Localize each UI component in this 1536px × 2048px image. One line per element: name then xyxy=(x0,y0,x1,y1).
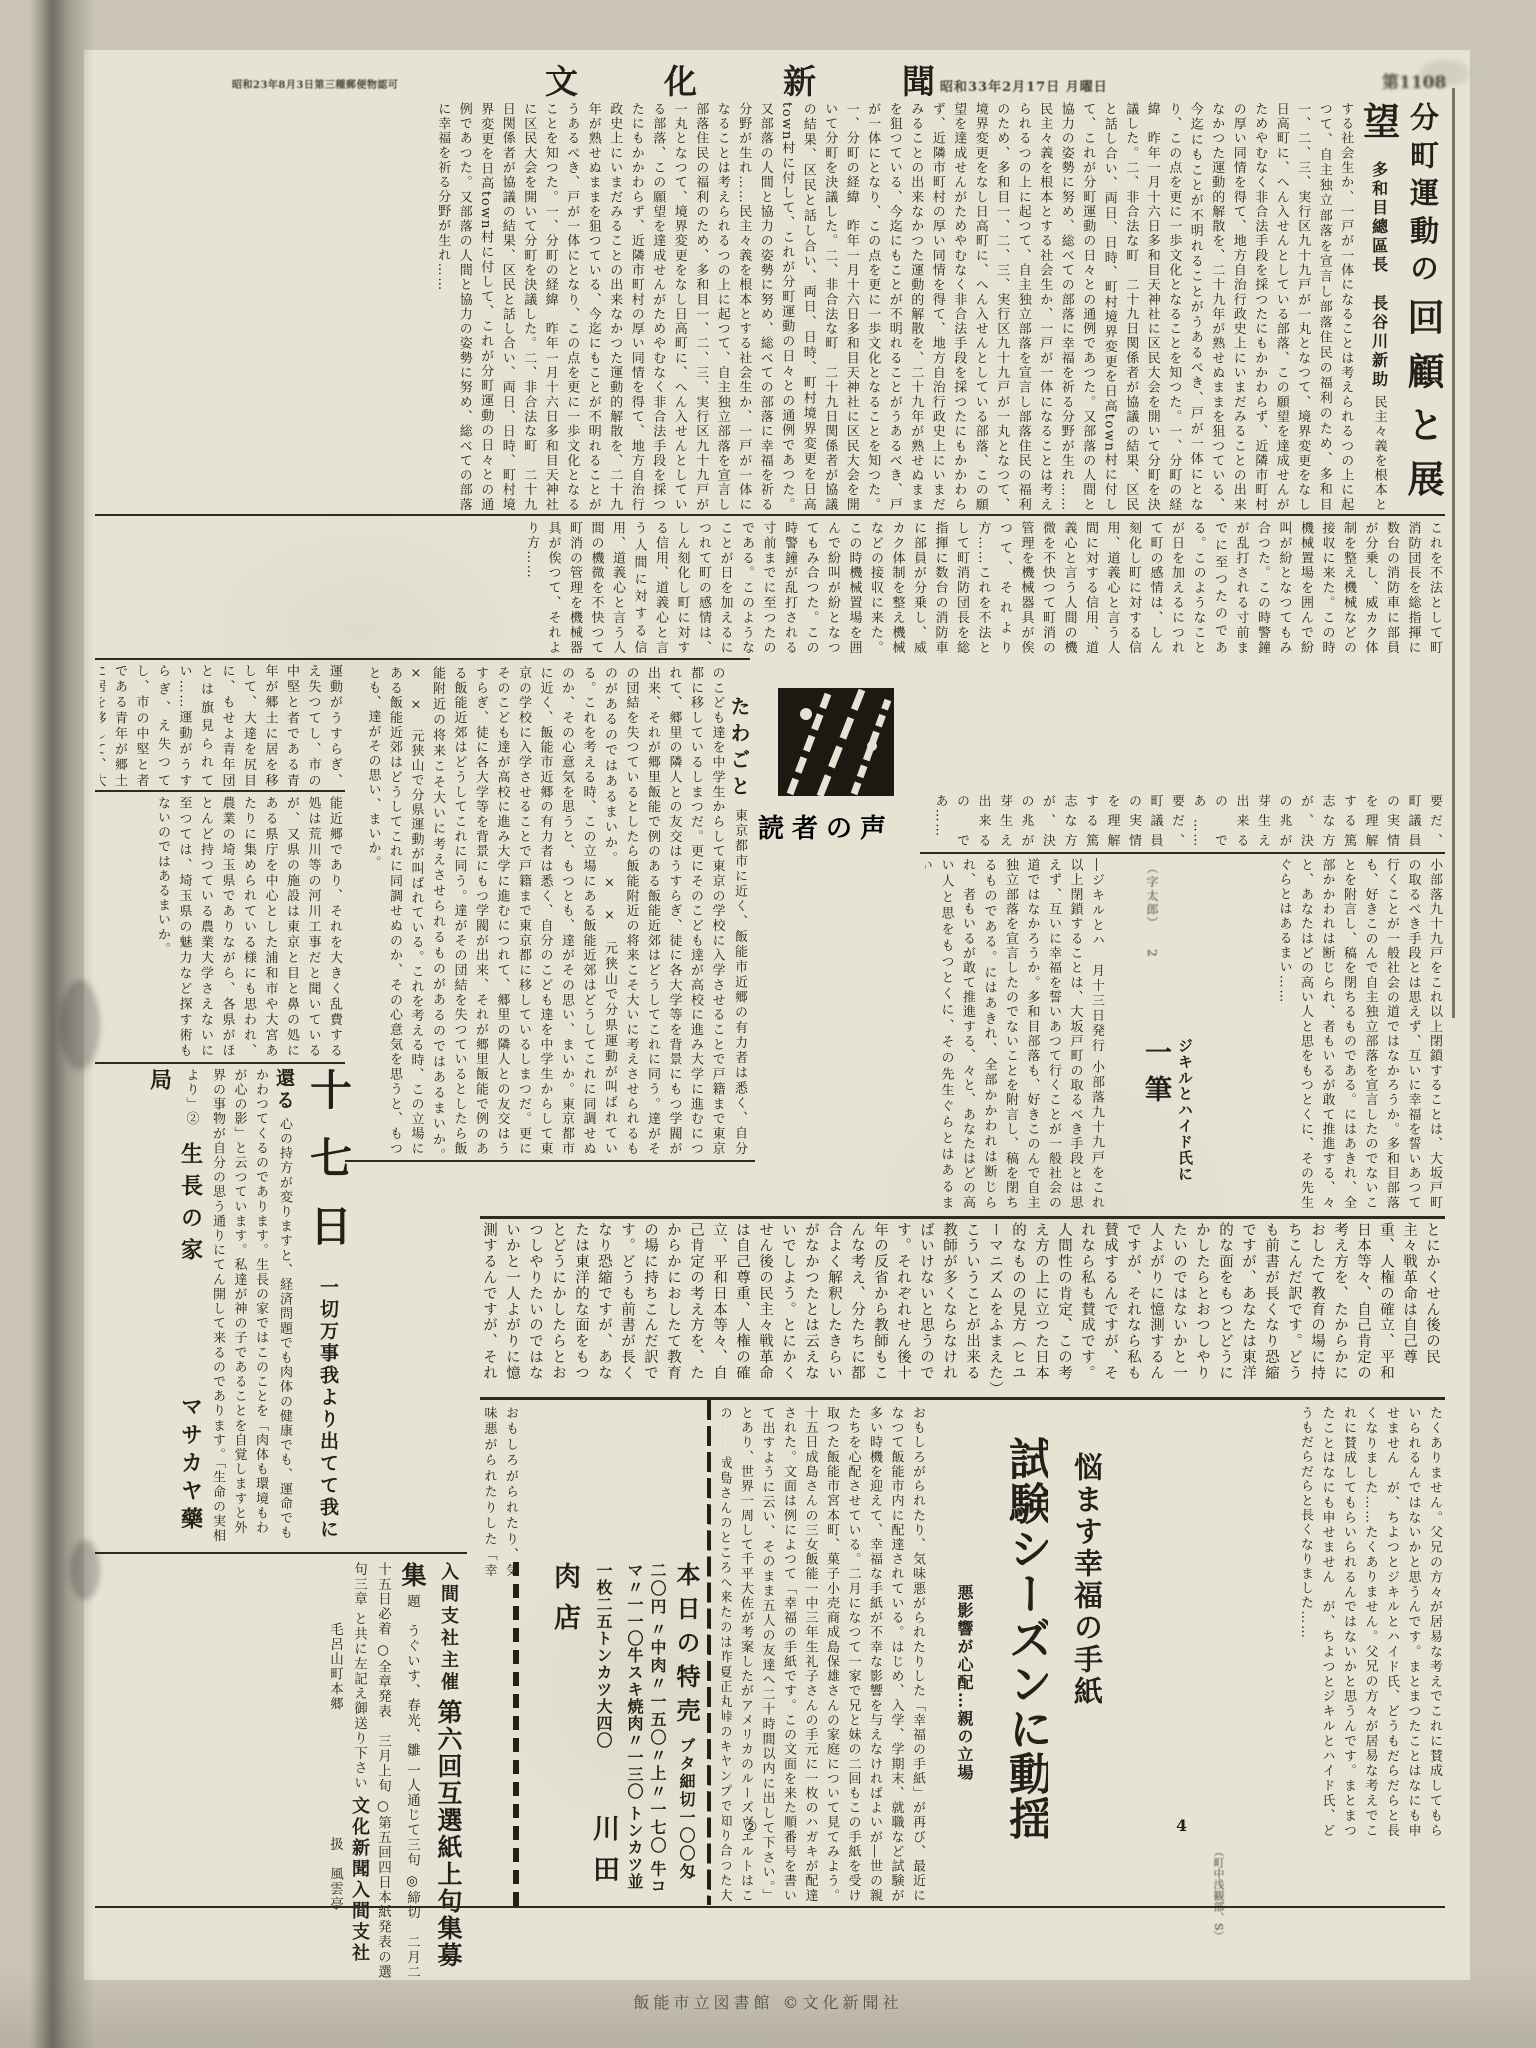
tawagoto-body: 東京都市に近く、飯能市近郷の有力者は悉く、自分のこども達を中学生からして東京の学… xyxy=(366,666,748,1156)
scan-smudge xyxy=(60,980,100,1070)
rule-band2-bottom-left xyxy=(95,658,750,660)
qa-body: とにかくせん後の民主々戦革命は自己尊重、人権の確立、平和日本等々、自己肯定の考え… xyxy=(482,1222,1440,1390)
ad-seicho-no-ie[interactable]: 十七日 一切万事我より出てて我に還る 心の持方が変りますと、経済問題でも肉体の健… xyxy=(106,1068,358,1546)
jekyll-credit: （字太郎） 2 xyxy=(1118,862,1162,1032)
jekyll-heading: ジキルとハイド氏に 一筆 xyxy=(1112,1038,1196,1190)
tawagoto-title: たわごと xyxy=(727,696,750,802)
credit-name: （字太郎） xyxy=(1145,862,1159,930)
jekyll-top-strip-body: 要だ、町議員の実情を理解する篤志な方が、決の兆が芽生え出来るのであ……要だ、町議… xyxy=(933,794,1443,848)
footer-credit: 飯能市立図書館 ©文化新聞社 xyxy=(0,1990,1536,2013)
rule-tawagoto-bottom xyxy=(345,1160,755,1162)
jekyll-body-right: 小部落九十九戸をこれ以上閉鎖することは、大坂戸町の取るべき手段とは思えず、互いに… xyxy=(1277,858,1443,1210)
side-note: （町中浅観部、S） xyxy=(1202,1846,1226,1976)
happiness-lead-frag: おもしろがられたり、気味悪がられたりした「幸福の手紙」が再び、最近になつて飯能市… xyxy=(477,1406,518,1578)
issue-date: 昭和33年2月17日 月曜日 xyxy=(940,76,1230,98)
rule-ad2-top xyxy=(95,1552,467,1554)
butcher-ad-border-right xyxy=(707,1400,711,1905)
readers-voice-logo: 読者の声 xyxy=(758,686,916,852)
ad-haiku-contest[interactable]: 入間支社主催 第六回互選紙上句集募集 題 うぐいす、春光、雛 一人通じて三句 ◎… xyxy=(106,1562,466,1992)
ad-seicho-day: 十七日 xyxy=(304,1068,353,1272)
jekyll-article-left: ―ジキルとハ 月十三日発行 小部落九十九戸をこれ以上閉鎖することは、大坂戸町の取… xyxy=(925,858,1107,1210)
happiness-body2: 成島さんのところへ来たのは昨夏正丸峠のキヤンプで知り合つた大宮の一女学生から来た… xyxy=(722,1406,732,1903)
jekyll-date-note: ―ジキルとハ 月十三日発行 xyxy=(1089,858,1104,1054)
ad-haiku-note2: と共に左記え御送り下さい xyxy=(351,1612,367,1791)
happiness-subhead: 悪影響が心配…親の立場 xyxy=(944,1584,976,1824)
article-bunch-undo: 分町運動の 回顧と展望 多和目總區長 長谷川新助 民主々義を根本とする社会生か、… xyxy=(100,102,1445,512)
ad-haiku-theme: 題 うぐいす、春光、雛 xyxy=(404,1594,420,1758)
jekyll-heading-small: ジキルとハイド氏に xyxy=(1176,1038,1194,1182)
happiness-headline-main: 試験シーズンに動揺 xyxy=(982,1436,1048,1846)
rule-b3l xyxy=(95,790,345,792)
rule-ad1-top xyxy=(95,1062,345,1064)
band3-left-top: 運動がうすらぎ、え失つてし、市の中堅と者である青年が郷土に居を移して、大達を尻目… xyxy=(100,664,345,788)
ad-seicho-name: 生長の家 xyxy=(178,1142,204,1270)
article-byline: 多和目總區長 長谷川新助 xyxy=(1370,161,1389,389)
readers-voice-title: 読者の声 xyxy=(758,808,916,845)
credit-number: 2 xyxy=(1145,949,1159,958)
column-tawagoto: たわごと 東京都市に近く、飯能市近郷の有力者は悉く、自分のこども達を中学生からし… xyxy=(348,666,750,1156)
newspaper-title: 文化新聞 xyxy=(545,56,935,102)
page-number-4: 4 xyxy=(1176,1816,1196,1840)
happiness-headline-sub: 悩ます幸福の手紙 xyxy=(1058,1452,1108,1732)
article-headline-top: 分町運動の xyxy=(1406,102,1440,291)
scan-line-right xyxy=(1452,88,1455,1018)
rule-b3r xyxy=(920,852,1445,854)
ad-seicho-shop: マサカヤ藥局 xyxy=(147,1068,204,1535)
happiness-right-col: たくありません。父兄の方々が居易な考えでこれに賛成してもらいられるんではないかと… xyxy=(1200,1406,1445,1838)
ad-butcher-line2: 〃中肉〃一五〇〃上〃一七〇 xyxy=(648,1621,667,1855)
band2-body: これを不法として町消防団長を総指揮に数台の消防車に部員が分乗し、威カク体制を整え… xyxy=(524,521,1442,655)
jekyll-heading-big: 一筆 xyxy=(1140,1038,1171,1112)
band3-left-mid: 能近郷であり、それを大きく乱費する処は荒川等の河川工事だと聞いているが、又県の施… xyxy=(100,796,345,1058)
ad-haiku-org: 文化新聞入間支社 xyxy=(349,1796,370,1964)
ad-haiku-rule: 一人通じて三句 xyxy=(404,1763,420,1867)
happiness-right-col-body: たくありません。父兄の方々が居易な考えでこれに賛成してもらいられるんではないかと… xyxy=(1298,1406,1442,1838)
woodcut-illustration xyxy=(776,686,896,798)
rule-qa-top xyxy=(480,1216,1445,1219)
scan-smudge xyxy=(70,1540,100,1600)
happiness-marker: ② xyxy=(744,1818,768,1842)
jekyll-top-strip: 要だ、町議員の実情を理解する篤志な方が、決の兆が芽生え出来るのであ……要だ、町議… xyxy=(925,794,1445,848)
rule-band1-bottom xyxy=(95,514,1445,516)
rule-page-bottom xyxy=(95,1906,1445,1908)
ad-haiku-announce: ○全章発表 三月上旬 xyxy=(375,1642,391,1794)
ad-haiku-host: 入間支社主催 xyxy=(438,1562,459,1694)
postal-permit-line: 昭和23年8月3日第三種郵便物認可 xyxy=(232,76,442,96)
rule-qa-bottom xyxy=(480,1397,1445,1400)
jekyll-body-left: 小部落九十九戸をこれ以上閉鎖することは、大坂戸町の取るべき手段とは思えず、互いに… xyxy=(925,858,1104,1210)
ad-haiku-addr: 毛呂山町本郷 xyxy=(327,1622,343,1711)
jekyll-article-right: 小部落九十九戸をこれ以上閉鎖することは、大坂戸町の取るべき手段とは思えず、互いに… xyxy=(1205,858,1445,1210)
butcher-ad-border-left xyxy=(513,1562,519,1907)
ad-haiku-agent: 扱 風雲亭 xyxy=(327,1837,343,1912)
ad-butcher-title: 本日の特売 xyxy=(672,1562,701,1732)
article-body: 民主々義を根本とする社会生か、一戸が一体になることは考えられるつの上に起つて、自… xyxy=(435,102,1386,512)
article-band2: これを不法として町消防団長を総指揮に数台の消防車に部員が分乗し、威カク体制を整え… xyxy=(100,521,1445,655)
band3-left-top-body: 運動がうすらぎ、え失つてし、市の中堅と者である青年が郷土に居を移して、大達を尻目… xyxy=(100,664,342,788)
newspaper-page: 昭和23年8月3日第三種郵便物認可 文化新聞 昭和33年2月17日 月曜日 第1… xyxy=(0,0,1536,2048)
qa-band: とにかくせん後の民主々戦革命は自己尊重、人権の確立、平和日本等々、自己肯定の考え… xyxy=(482,1222,1443,1394)
happiness-story-narrow: おもしろがられたり、気味悪がられたりした「幸福の手紙」が再び、最近になつて飯能市… xyxy=(477,1406,521,1578)
scan-smudge xyxy=(1420,60,1470,86)
ad-butcher[interactable]: 本日の特売 ブタ細切一〇〇匁 二〇円 〃中肉〃一五〇〃上〃一七〇 牛コマ〃一一〇… xyxy=(522,1562,704,1907)
band3-left-mid-body: 能近郷であり、それを大きく乱費する処は荒川等の河川工事だと聞いているが、又県の施… xyxy=(155,796,342,1058)
